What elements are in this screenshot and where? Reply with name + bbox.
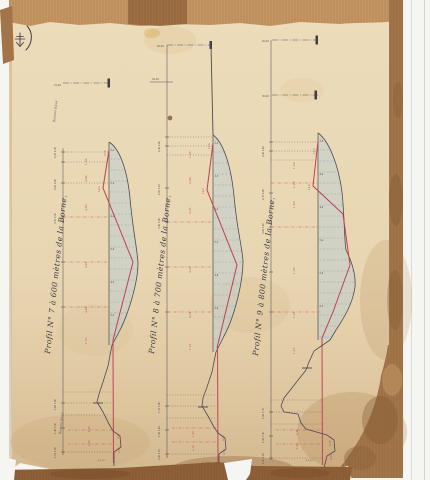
red-depth-label: 1,15 bbox=[88, 440, 91, 446]
red-depth-label: 2,20 bbox=[330, 454, 333, 460]
sounding-label: 3,4 bbox=[215, 307, 219, 310]
red-cote-label: 4,65 bbox=[84, 204, 88, 211]
red-cote-label: 1,10 bbox=[292, 162, 296, 169]
tape-top-dark-texture bbox=[128, 0, 187, 26]
stain bbox=[10, 414, 150, 470]
sounding-label: 4,0 bbox=[320, 173, 324, 176]
scanned-drawing: 10,00 Basses Eaux 2,10 2,30 2,60 2,80 3,… bbox=[0, 0, 430, 480]
red-cote-label: 4,35 bbox=[188, 207, 192, 214]
guide-tick-label: 1,20 1,30 bbox=[262, 432, 265, 443]
red-cote-label: 4,61 bbox=[84, 261, 88, 268]
stain bbox=[144, 28, 160, 38]
tape-mottle bbox=[50, 469, 130, 479]
guide-tick-label: 2,10 2,30 bbox=[54, 147, 57, 158]
guide-tick-label: 1,00 1,05 bbox=[262, 453, 265, 464]
datum-label: 40,00 bbox=[157, 45, 164, 48]
red-depth-label: 1,10 bbox=[192, 445, 195, 451]
sounding-label: 5,0 bbox=[111, 248, 115, 251]
red-mark-label: 10,4 bbox=[313, 148, 316, 154]
red-cote-label: 1,51 bbox=[84, 337, 88, 344]
red-mark-label: 14,6 bbox=[202, 188, 205, 194]
guide-tick-label: 1,30 1,40 bbox=[158, 426, 161, 437]
sounding-label: 5,4 bbox=[320, 239, 324, 242]
tape-mottle bbox=[387, 270, 403, 330]
sounding-label: 3,8 bbox=[215, 175, 219, 178]
sounding-label: 5,2 bbox=[215, 241, 219, 244]
red-cote-label: 1,30 bbox=[292, 267, 296, 274]
guide-tick-label: 2,70 2,90 bbox=[262, 189, 265, 200]
red-cote-label: 4,64 bbox=[84, 306, 88, 313]
guide-tick-label: 1,00 1,10 bbox=[158, 449, 161, 460]
sounding-label: 5,0 bbox=[320, 272, 324, 275]
red-mark-label: 14,4 bbox=[308, 184, 311, 190]
tape-mottle bbox=[389, 174, 403, 226]
red-mark-label: 10,5 bbox=[104, 150, 107, 156]
datum-end-tick bbox=[108, 79, 111, 88]
guide-tick-label: 1,70 1,80 bbox=[158, 402, 161, 413]
datum-end-tick bbox=[315, 91, 318, 100]
datum-label: 10,00 bbox=[54, 84, 61, 87]
guide-tick-label: 1,10 1,20 bbox=[54, 447, 57, 458]
base-row-label: 4,6 4,7 bbox=[98, 459, 106, 462]
red-axis-line bbox=[113, 340, 114, 463]
tape-mottle bbox=[344, 446, 376, 470]
ink-spot bbox=[168, 116, 173, 121]
sounding-label: 2,8 bbox=[320, 140, 324, 143]
datum-label: 30,00 bbox=[262, 95, 269, 98]
red-mark-label: 10,6 bbox=[208, 143, 211, 149]
sounding-label: 3,6 bbox=[320, 305, 324, 308]
sounding-label: 2,4 bbox=[111, 149, 115, 152]
tape-mottle bbox=[270, 468, 330, 478]
paper-sheet bbox=[9, 3, 412, 480]
paper-edge-shadow bbox=[9, 40, 12, 464]
red-depth-label: 1,45 bbox=[296, 429, 299, 435]
red-cote-label: 4,34 bbox=[188, 311, 192, 318]
sounding-label: 3,6 bbox=[111, 182, 115, 185]
red-cote-label: 4,60 bbox=[84, 175, 88, 182]
tape-mottle bbox=[362, 396, 398, 444]
red-depth-label: 2,15 bbox=[118, 447, 121, 453]
sounding-label: 4,8 bbox=[215, 274, 219, 277]
red-cote-label: 4,31 bbox=[188, 266, 192, 273]
base-row-label: 4,4 4,5 bbox=[306, 459, 314, 462]
red-cote-label: 1,50 bbox=[84, 158, 88, 165]
red-cote-label: 1,35 bbox=[292, 311, 296, 318]
red-depth-label: 2,05 bbox=[222, 435, 225, 441]
datum-label: 20,00 bbox=[262, 40, 269, 43]
stain bbox=[280, 78, 324, 102]
guide-tick-label: 1,40 1,50 bbox=[54, 423, 57, 434]
red-depth-label: 2,10 bbox=[223, 449, 226, 455]
red-cote-label: 1,15 bbox=[292, 347, 296, 354]
red-depth-label: 1,20 bbox=[296, 443, 299, 449]
sounding-label: 2,6 bbox=[215, 142, 219, 145]
red-depth-label: 2,10 bbox=[117, 433, 120, 439]
tape-top bbox=[9, 0, 402, 26]
tape-top-texture bbox=[9, 0, 402, 26]
red-cote-label: 1,31 bbox=[188, 343, 192, 350]
red-cote-label: 1,40 bbox=[292, 201, 296, 208]
torn-gap bbox=[0, 456, 16, 480]
guide-tick-label: 2,40 2,60 bbox=[158, 141, 161, 152]
red-depth-label: 1,45 bbox=[88, 426, 91, 432]
red-cote-label: 1,20 bbox=[292, 181, 296, 188]
tape-mottle bbox=[382, 364, 402, 396]
red-axis-line bbox=[218, 348, 219, 465]
red-depth-label: 1,40 bbox=[192, 431, 195, 437]
guide-tick-label: 2,90 3,10 bbox=[158, 184, 161, 195]
datum-label: 30,00 bbox=[152, 78, 159, 81]
sounding-label: 4,6 bbox=[111, 281, 115, 284]
datum-end-tick bbox=[316, 36, 319, 45]
red-depth-label: 2,15 bbox=[329, 440, 332, 446]
guide-tick-label: 1,80 1,90 bbox=[54, 399, 57, 410]
sounding-label: 3,2 bbox=[111, 314, 115, 317]
sounding-label: 4,8 bbox=[320, 206, 324, 209]
red-axis-line bbox=[322, 338, 323, 465]
tape-mottle bbox=[393, 82, 403, 118]
guide-tick-label: 1,60 1,70 bbox=[262, 408, 265, 419]
red-cote-label: 1,30 bbox=[188, 151, 192, 158]
guide-tick-label: 2,60 2,80 bbox=[54, 179, 57, 190]
drawing-canvas: 10,00 Basses Eaux 2,10 2,30 2,60 2,80 3,… bbox=[0, 0, 430, 480]
guide-tick-label: 2,20 2,40 bbox=[262, 146, 265, 157]
red-mark-label: 14,5 bbox=[98, 186, 101, 192]
stain bbox=[360, 240, 412, 360]
red-cote-label: 4,30 bbox=[188, 177, 192, 184]
